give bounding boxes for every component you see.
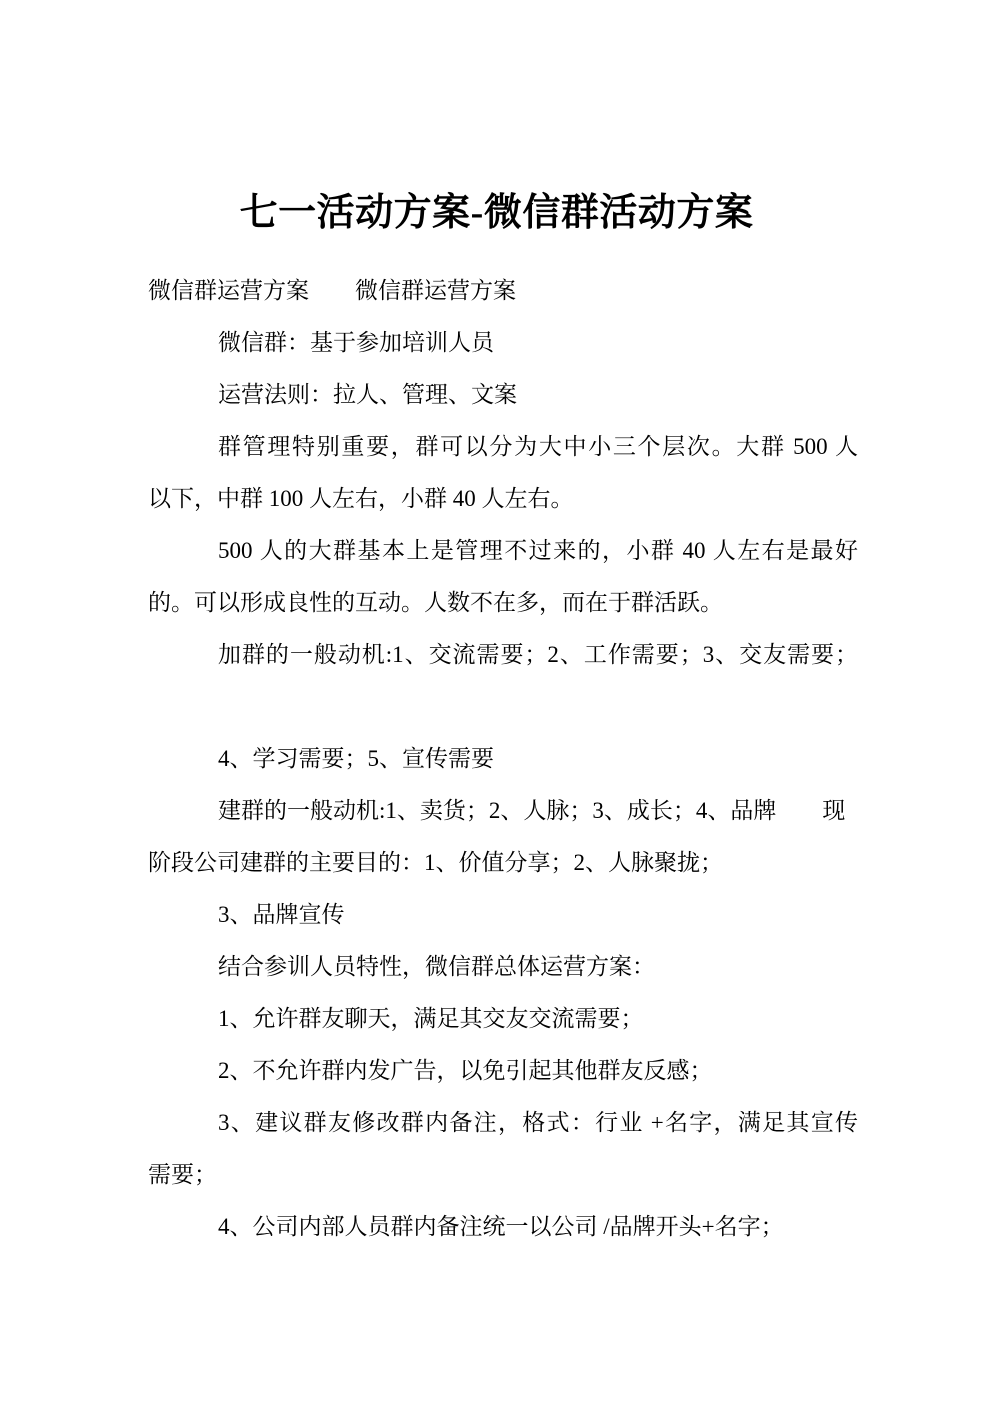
body-line: 阶段公司建群的主要目的：1、价值分享；2、人脉聚拢；: [148, 837, 858, 889]
body-line: 需要；: [148, 1149, 858, 1201]
document-title: 七一活动方案-微信群活动方案: [0, 190, 993, 236]
body-line: 500 人的大群基本上是管理不过来的，小群 40 人左右是最好: [148, 525, 858, 577]
body-line: 运营法则：拉人、管理、文案: [148, 369, 858, 421]
body-line: 4、学习需要；5、宣传需要: [148, 733, 858, 785]
body-line: 微信群：基于参加培训人员: [148, 317, 858, 369]
body-line: 结合参训人员特性，微信群总体运营方案：: [148, 941, 858, 993]
document-page: 七一活动方案-微信群活动方案 微信群运营方案 微信群运营方案微信群：基于参加培训…: [0, 0, 993, 1404]
body-line: 加群的一般动机:1、交流需要；2、工作需要；3、交友需要；: [148, 629, 858, 681]
body-line: 群管理特别重要，群可以分为大中小三个层次。大群 500 人: [148, 421, 858, 473]
body-line: 4、公司内部人员群内备注统一以公司 /品牌开头+名字；: [148, 1201, 858, 1253]
document-body: 微信群运营方案 微信群运营方案微信群：基于参加培训人员运营法则：拉人、管理、文案…: [148, 265, 858, 1253]
body-line: 的。可以形成良性的互动。人数不在多，而在于群活跃。: [148, 577, 858, 629]
body-line: 以下，中群 100 人左右，小群 40 人左右。: [148, 473, 858, 525]
body-line: 3、建议群友修改群内备注，格式：行业 +名字，满足其宣传: [148, 1097, 858, 1149]
body-line: 微信群运营方案 微信群运营方案: [148, 265, 858, 317]
body-line: 建群的一般动机:1、卖货；2、人脉；3、成长；4、品牌 现: [148, 785, 858, 837]
blank-line: [148, 681, 858, 733]
body-line: 1、允许群友聊天，满足其交友交流需要；: [148, 993, 858, 1045]
body-line: 2、不允许群内发广告，以免引起其他群友反感；: [148, 1045, 858, 1097]
body-line: 3、品牌宣传: [148, 889, 858, 941]
